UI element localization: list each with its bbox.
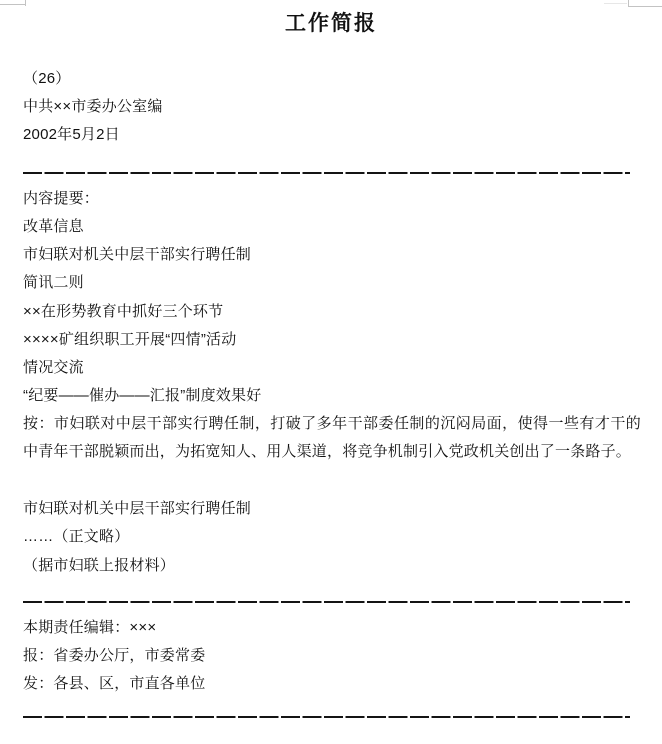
summary-item-section-briefs: 简讯二则 bbox=[23, 273, 84, 293]
summary-item-exchange-1: “纪要——催办——汇报”制度效果好 bbox=[23, 386, 261, 406]
divider-bottom bbox=[23, 716, 630, 718]
page-title: 工作简报 bbox=[0, 7, 662, 37]
publisher-line: 中共××市委办公室编 bbox=[23, 97, 163, 117]
footer-distribution-line: 发：各县、区，市直各单位 bbox=[23, 674, 205, 694]
date-line: 2002年5月2日 bbox=[23, 125, 120, 145]
summary-item-brief-2: ××××矿组织职工开展“四情”活动 bbox=[23, 330, 236, 350]
summary-item-brief-1: ××在形势教育中抓好三个环节 bbox=[23, 302, 223, 322]
summary-heading: 内容提要： bbox=[23, 189, 99, 209]
divider-middle bbox=[23, 601, 630, 603]
footer-editor-line: 本期责任编辑：××× bbox=[23, 618, 156, 638]
issue-number: （26） bbox=[23, 69, 71, 89]
article-body-placeholder: ……（正文略） bbox=[23, 527, 129, 547]
bulletin-page: 工作简报 （26） 中共××市委办公室编 2002年5月2日 内容提要： 改革信… bbox=[0, 0, 662, 744]
footer-report-line: 报：省委办公厅，市委常委 bbox=[23, 646, 205, 666]
editor-note: 按：市妇联对中层干部实行聘任制，打破了多年干部委任制的沉闷局面，使得一些有才干的… bbox=[23, 410, 641, 467]
article-source: （据市妇联上报材料） bbox=[23, 556, 175, 576]
corner-mark-top-left-v bbox=[25, 0, 26, 6]
summary-item-section-exchange: 情况交流 bbox=[23, 358, 84, 378]
summary-item-section-reform: 改革信息 bbox=[23, 217, 84, 237]
divider-top bbox=[23, 172, 630, 174]
corner-mark-top-left-h bbox=[0, 4, 26, 5]
summary-item-article-1: 市妇联对机关中层干部实行聘任制 bbox=[23, 245, 251, 265]
article-headline: 市妇联对机关中层干部实行聘任制 bbox=[23, 499, 251, 519]
corner-mark-top-right-faint bbox=[604, 3, 627, 4]
